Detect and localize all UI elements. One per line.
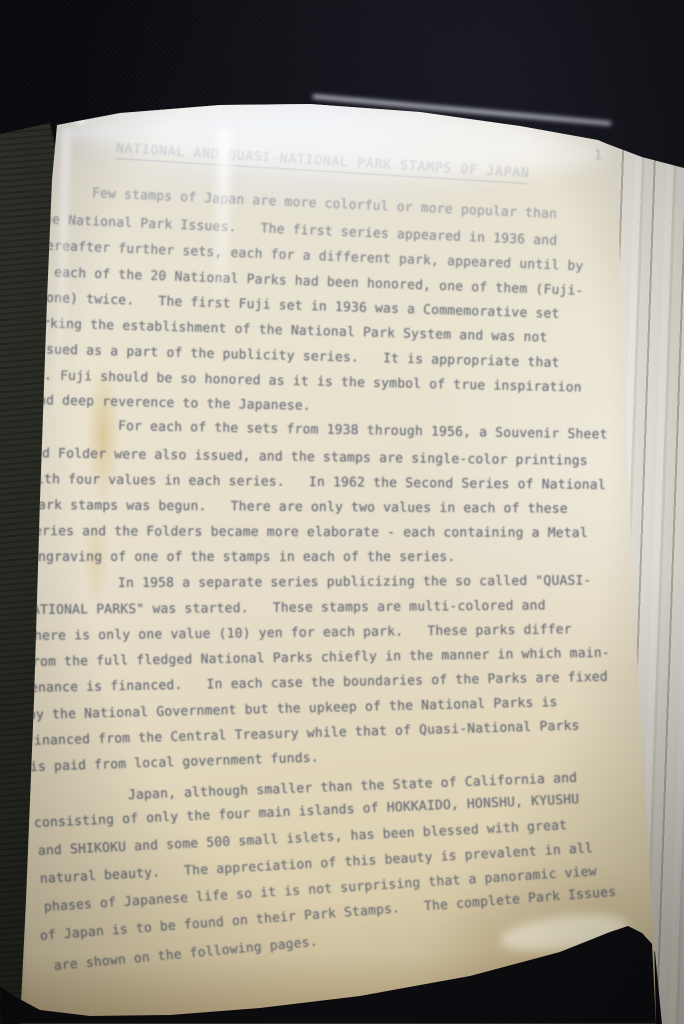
typed-line: tenance is financed. In each case the bo… bbox=[22, 670, 608, 697]
typed-line: In 1958 a separate series publicizing th… bbox=[118, 574, 592, 592]
typed-line: issued as a part of the publicity series… bbox=[30, 342, 560, 372]
typed-line: is paid from local government funds. bbox=[30, 750, 319, 776]
typed-line: there is only one value (10) yen for eac… bbox=[26, 622, 572, 645]
page-title: NATIONAL AND QUASI-NATIONAL PARK STAMPS … bbox=[115, 141, 529, 184]
typed-line: and Folder were also issued, and the sta… bbox=[26, 446, 588, 470]
typed-line: For each of the sets from 1938 through 1… bbox=[118, 419, 608, 444]
typed-line: Engraving of one of the stamps in each o… bbox=[30, 550, 455, 566]
typed-line: from the full fledged National Parks chi… bbox=[24, 646, 610, 671]
typed-line: financed from the Central Treasury while… bbox=[26, 719, 580, 750]
photo-of-typed-page: NATIONAL AND QUASI-NATIONAL PARK STAMPS … bbox=[0, 0, 684, 1024]
typed-page-in-plastic-sleeve: NATIONAL AND QUASI-NATIONAL PARK STAMPS … bbox=[0, 0, 684, 1024]
typed-line: and deep reverence to the Japanese. bbox=[30, 393, 311, 415]
typed-line: by the National Government but the upkee… bbox=[28, 695, 558, 724]
typed-line: series and the Folders became more elabo… bbox=[26, 524, 588, 542]
typed-text-layer: NATIONAL AND QUASI-NATIONAL PARK STAMPS … bbox=[0, 0, 684, 1024]
typed-line: with four values in each series. In 1962… bbox=[28, 472, 606, 494]
page-number: 1 bbox=[594, 148, 603, 164]
typed-line: marking the establishment of the Nationa… bbox=[26, 316, 548, 347]
typed-line: Mt. Fuji should be so honored as it is t… bbox=[28, 368, 582, 397]
typed-line: NATIONAL PARKS" was started. These stamp… bbox=[24, 598, 546, 619]
typed-line: Park stamps was begun. There are only tw… bbox=[30, 498, 568, 518]
